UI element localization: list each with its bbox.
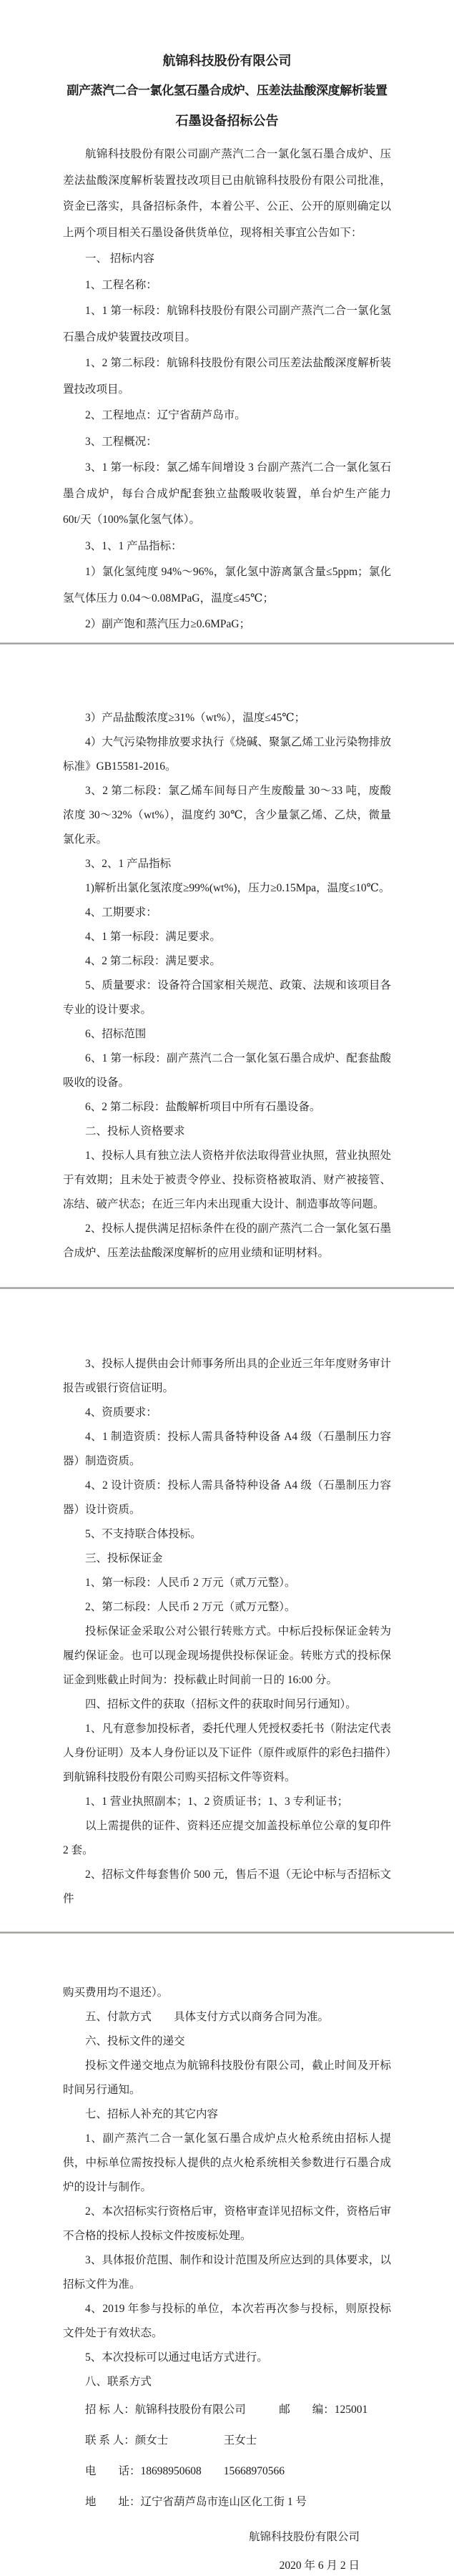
paragraph: 6、1 第一标段：副产蒸汽二合一氯化氢石墨合成炉、配套盐酸吸收的设备。	[63, 1047, 391, 1095]
paragraph: 3、1、1 产品指标：	[63, 534, 391, 560]
contact-tenderee-and-postcode: 招 标 人：航锦科技股份有限公司 邮 编：125001	[63, 2394, 391, 2425]
section-heading: 六、投标文件的递交	[63, 2029, 391, 2054]
paragraph: 2、工程地点：辽宁省葫芦岛市。	[63, 403, 391, 429]
paragraph: 4、2019 年参与投标的单位，本次若再次参与投标，则原投标文件处于有效状态。	[63, 2297, 391, 2346]
section-heading: 七、招标人补充的其它内容	[63, 2102, 391, 2127]
paragraph: 4、2 第二标段：满足要求。	[63, 949, 391, 974]
paragraph: 1、1 营业执照副本；1、2 资质证书；1、3 专利证书；	[63, 1790, 391, 1814]
paragraph: 1、工程名称：	[63, 273, 391, 299]
paragraph: 1、凡有意参加投标者，委托代理人凭授权委托书（附法定代表人身份证明）及本人身份证…	[63, 1717, 391, 1790]
document-page-1: 航锦科技股份有限公司 副产蒸汽二合一氯化氢石墨合成炉、压差法盐酸深度解析装置 石…	[0, 0, 454, 642]
section-heading: 八、联系方式	[63, 2370, 391, 2394]
paragraph: 1、副产蒸汽二合一氯化氢石墨合成炉点火枪系统由招标人提供，中标单位需按投标人提供…	[63, 2127, 391, 2200]
paragraph: 1、第一标段：人民币 2 万元（贰万元整）。	[63, 1571, 391, 1595]
paragraph: 购买费用均不退还）。	[63, 1981, 391, 2005]
doc-title-company: 航锦科技股份有限公司	[63, 0, 391, 76]
paragraph: 5、质量要求：设备符合国家相关规范、政策、法规和该项目各专业的设计要求。	[63, 974, 391, 1022]
document-page-3: 3、投标人提供由会计师事务所出具的企业近三年年度财务审计报告或银行资信证明。 4…	[0, 1289, 454, 1931]
signature-block: 航锦科技股份有限公司 2020 年 6 月 2 日	[63, 2523, 391, 2576]
paragraph: 2）副产饱和蒸汽压力≥0.6MPaG；	[63, 612, 391, 638]
section-heading: 四、招标文件的获取（招标文件的获取时间另行通知）。	[63, 1693, 391, 1717]
paragraph: 航锦科技股份有限公司副产蒸汽二合一氯化氢石墨合成炉、压差法盐酸深度解析装置技改项…	[63, 142, 391, 246]
signature-company: 航锦科技股份有限公司	[63, 2523, 391, 2552]
document-page-2: 3）产品盐酸浓度≥31%（wt%），温度≤45℃； 4）大气污染物排放要求执行《…	[0, 645, 454, 1287]
section-heading: 一、 招标内容	[63, 246, 391, 273]
paragraph: 1、投标人具有独立法人资格并依法取得营业执照，营业执照处于有效期；且未处于被责令…	[63, 1144, 391, 1217]
paragraph: 以上需提供的证件、资料还应提交加盖投标单位公章的复印件 2 套。	[63, 1814, 391, 1863]
paragraph: 6、招标范围	[63, 1022, 391, 1047]
paragraph: 投标文件递交地点为航锦科技股份有限公司，截止时间及开标时间另行通知。	[63, 2054, 391, 2102]
paragraph: 3、2 第二标段：氯乙烯车间每日产生废酸量 30～33 吨，废酸浓度 30～32…	[63, 779, 391, 852]
paragraph: 3、1 第一标段：氯乙烯车间增设 3 台副产蒸汽二合一氯化氢石墨合成炉，每台合成…	[63, 455, 391, 534]
paragraph: 4）大气污染物排放要求执行《烧碱、聚氯乙烯工业污染物排放标准》GB15581-2…	[63, 730, 391, 779]
section-heading: 五、付款方式 具体支付方式以商务合同为准。	[63, 2005, 391, 2029]
contact-address: 地 址：辽宁省葫芦岛市连山区化工街 1 号	[63, 2487, 391, 2517]
paragraph: 6、2 第二标段：盐酸解析项目中所有石墨设备。	[63, 1095, 391, 1120]
paragraph: 5、不支持联合体投标。	[63, 1522, 391, 1547]
paragraph: 3、具体报价范围、制作和设计范围及所应达到的具体要求，以招标文件为准。	[63, 2248, 391, 2297]
paragraph: 4、工期要求：	[63, 901, 391, 925]
contact-persons: 联 系 人：颜女士 王女士	[63, 2425, 391, 2456]
doc-title-announcement: 石墨设备招标公告	[63, 106, 391, 136]
document-page-4: 购买费用均不退还）。 五、付款方式 具体支付方式以商务合同为准。 六、投标文件的…	[0, 1934, 454, 2576]
paragraph: 1、1 第一标段：航锦科技股份有限公司副产蒸汽二合一氯化氢石墨合成炉装置技改项目…	[63, 298, 391, 351]
paragraph: 2、第二标段：人民币 2 万元（贰万元整）。	[63, 1595, 391, 1620]
paragraph: 4、1 第一标段：满足要求。	[63, 925, 391, 949]
paragraph: 5、本次投标可以通过电话方式进行。	[63, 2346, 391, 2370]
paragraph: 3、投标人提供由会计师事务所出具的企业近三年年度财务审计报告或银行资信证明。	[63, 1352, 391, 1401]
paragraph: 投标保证金采取公对公银行转账方式。中标后投标保证金转为履约保证金。也可以现金现场…	[63, 1620, 391, 1693]
paragraph: 3、工程概况：	[63, 429, 391, 456]
paragraph: 2、投标人提供满足招标条件在役的副产蒸汽二合一氯化氢石墨合成炉、压差法盐酸深度解…	[63, 1217, 391, 1265]
paragraph: 4、1 制造资质：投标人需具备特种设备 A4 级（石墨制压力容器）制造资质。	[63, 1425, 391, 1474]
paragraph: 2、招标文件每套售价 500 元，售后不退（无论中标与否招标文件	[63, 1863, 391, 1911]
paragraph: 1)解析出氯化氢浓度≥99%(wt%)，压力≥0.15Mpa，温度≤10℃。	[63, 876, 391, 901]
paragraph: 4、资质要求：	[63, 1401, 391, 1425]
paragraph: 4、2 设计资质：投标人需具备特种设备 A4 级（石墨制压力容器）设计资质。	[63, 1474, 391, 1522]
doc-title-project: 副产蒸汽二合一氯化氢石墨合成炉、压差法盐酸深度解析装置	[54, 76, 400, 106]
signature-date: 2020 年 6 月 2 日	[63, 2552, 391, 2576]
paragraph: 2、本次招标实行资格后审，资格审查详见招标文件，资格后审不合格的投标人投标文件按…	[63, 2200, 391, 2248]
tender-announcement-document: 航锦科技股份有限公司 副产蒸汽二合一氯化氢石墨合成炉、压差法盐酸深度解析装置 石…	[0, 0, 454, 2576]
section-heading: 三、投标保证金	[63, 1547, 391, 1571]
paragraph: 3、2、1 产品指标	[63, 852, 391, 876]
paragraph: 3）产品盐酸浓度≥31%（wt%），温度≤45℃；	[63, 706, 391, 730]
section-heading: 二、投标人资格要求	[63, 1120, 391, 1144]
paragraph: 1）氯化氢纯度 94%～96%，氯化氢中游离氯含量≤5ppm；氯化氢气体压力 0…	[63, 559, 391, 612]
contact-phones: 电 话：18698950608 15668970566	[63, 2456, 391, 2487]
paragraph: 1、2 第二标段：航锦科技股份有限公司压差法盐酸深度解析装置技改项目。	[63, 351, 391, 403]
